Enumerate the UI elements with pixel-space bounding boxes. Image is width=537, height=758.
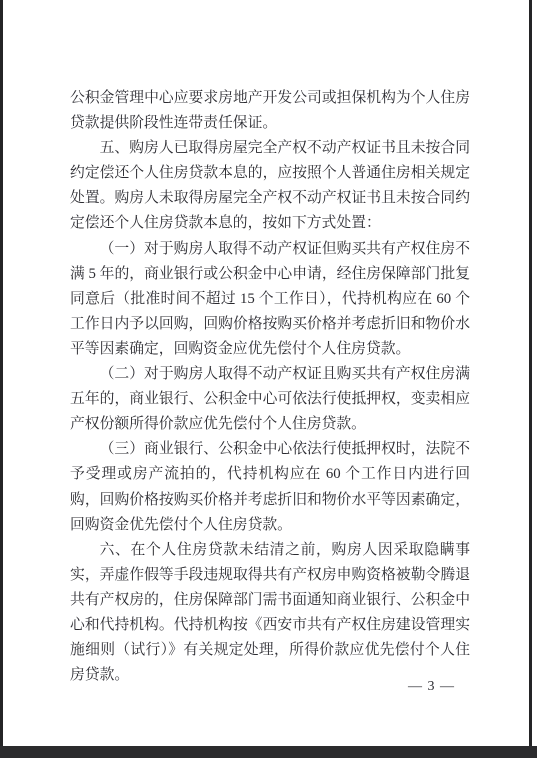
scanned-document-page: 公积金管理中心应要求房地产开发公司或担保机构为个人住房贷款提供阶段性连带责任保证… bbox=[0, 0, 537, 758]
paragraph: 五、购房人已取得房屋完全产权不动产权证书且未按合同约定偿还个人住房贷款本息的，应… bbox=[70, 136, 470, 236]
paragraph: （一）对于购房人取得不动产权证但购买共有产权住房不满 5 年的，商业银行或公积金… bbox=[70, 237, 470, 362]
paragraph: 公积金管理中心应要求房地产开发公司或担保机构为个人住房贷款提供阶段性连带责任保证… bbox=[70, 86, 470, 136]
paragraph: 六、在个人住房贷款未结清之前，购房人因采取隐瞒事实，弄虚作假等手段违规取得共有产… bbox=[70, 538, 470, 689]
page-number: — 3 — bbox=[408, 679, 455, 695]
document-body: 公积金管理中心应要求房地产开发公司或担保机构为个人住房贷款提供阶段性连带责任保证… bbox=[70, 86, 470, 688]
paragraph: （二）对于购房人取得不动产权证且购买共有产权住房满五年的，商业银行、公积金中心可… bbox=[70, 362, 470, 437]
scan-border-right bbox=[529, 0, 532, 758]
scan-border-left bbox=[0, 0, 3, 758]
paragraph: （三）商业银行、公积金中心依法行使抵押权时，法院不予受理或房产流拍的，代持机构应… bbox=[70, 437, 470, 537]
scan-border-bottom bbox=[0, 746, 537, 758]
